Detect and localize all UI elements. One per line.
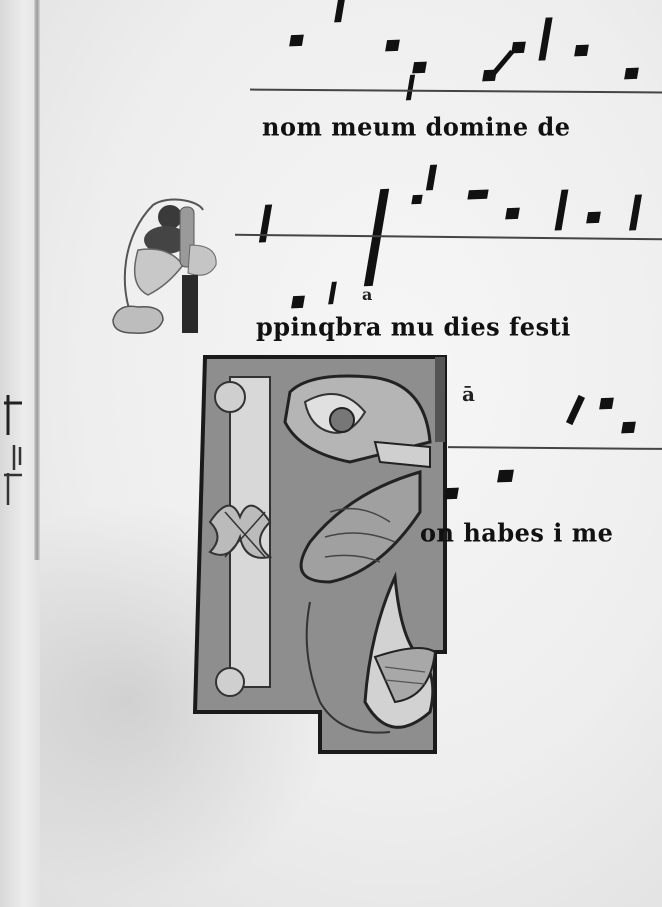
accent-letter-a: a — [362, 285, 372, 304]
manuscript-photo: nom meum domine de a ppinqbra mu dies fe… — [0, 0, 662, 907]
text-line-3: on habes i me — [420, 517, 613, 547]
staff-line-1 — [250, 89, 662, 94]
staff-line-3 — [448, 446, 662, 450]
large-illuminated-initial — [190, 352, 450, 757]
small-decorated-initial — [108, 195, 228, 340]
page-fold-shadow — [34, 0, 40, 560]
staff-line-2 — [235, 234, 662, 240]
text-line-1: nom meum domine de — [262, 111, 571, 141]
accent-letter-a-macron: ā — [462, 382, 475, 406]
margin-pen-marks — [2, 395, 22, 515]
text-line-2: ppinqbra mu dies festi — [256, 311, 571, 341]
